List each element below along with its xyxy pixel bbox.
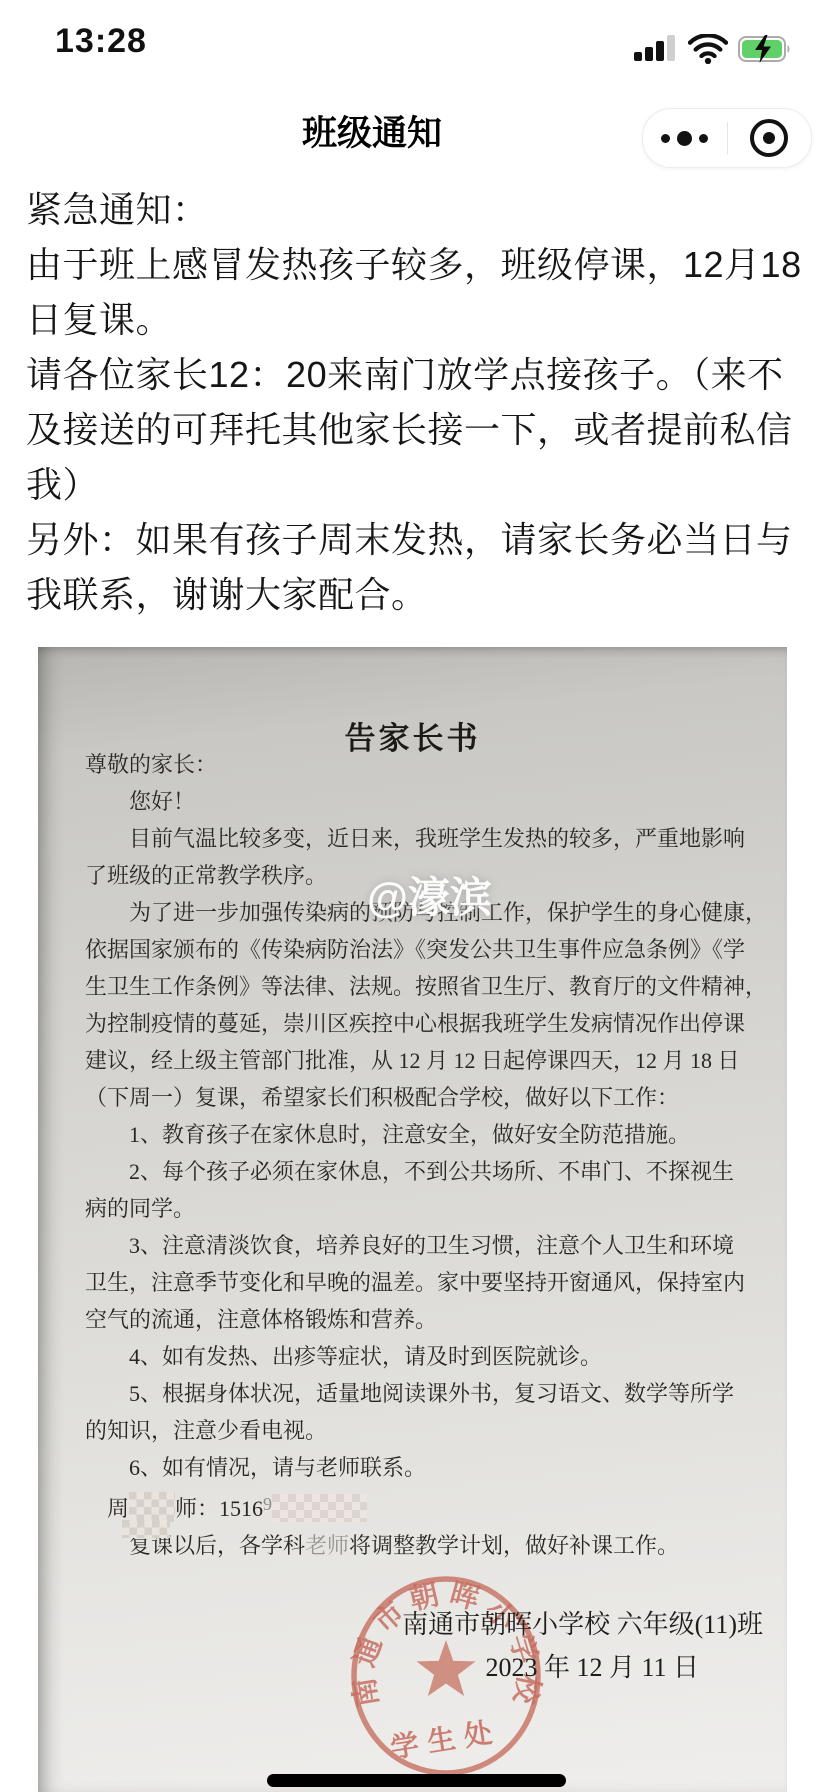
letter-line: 依据国家颁布的《传染病防治法》《突发公共卫生事件应急条例》《学 [85,931,767,968]
cellular-signal-icon [634,34,678,64]
notice-paragraph: 紧急通知： [26,182,804,237]
letter-line: 目前气温比较多变，近日来，我班学生发热的较多，严重地影响 [85,820,767,857]
letter-line: 您好！ [85,783,767,820]
letter-line: 6、如有情况，请与老师联系。 [85,1449,767,1486]
notice-paragraph: 请各位家长12：20来南门放学点接孩子。（来不及接送的可拜托其他家长接一下，或者… [26,347,804,512]
letter-line: 尊敬的家长： [85,746,767,783]
battery-charging-icon [738,34,794,64]
ellipsis-icon [661,131,708,146]
wifi-icon [688,34,728,64]
home-indicator[interactable] [267,1774,566,1787]
censored-phone-mosaic [272,1494,367,1522]
letter-line: 1、教育孩子在家休息时，注意安全，做好安全防范措施。 [85,1116,767,1153]
censored-small-mosaic [122,1520,170,1538]
letter-date: 2023 年 12 月 11 日 [485,1647,699,1684]
notice-message: 紧急通知：由于班上感冒发热孩子较多，班级停课，12月18日复课。请各位家长12：… [26,182,804,622]
capsule-close-button[interactable] [728,109,812,167]
partial-digit: 9 [263,1494,272,1514]
letter-line: 2、每个孩子必须在家休息，不到公共场所、不串门、不探视生 [85,1153,767,1190]
stamp-center-text: 学生处 [389,1716,504,1765]
watermark: @濠滨 [367,865,492,925]
censored-name-mosaic [129,1492,175,1522]
letter-photo[interactable]: 告家长书 尊敬的家长： 您好！ 目前气温比较多变，近日来，我班学生发热的较多，严… [38,647,787,1792]
status-bar: 13:28 [0,0,828,70]
letter-line: 3、注意清淡饮食，培养良好的卫生习惯，注意个人卫生和环境 [85,1227,767,1264]
status-time: 13:28 [55,22,147,61]
letter-line: 4、如有发热、出疹等症状，请及时到医院就诊。 [85,1338,767,1375]
page-title: 班级通知 [172,106,572,156]
stamp-star-icon [417,1640,476,1696]
letter-line: 病的同学。 [85,1190,767,1227]
letter-line: 空气的流通，注意体格锻炼和营养。 [85,1301,767,1338]
letter-closing-line: 复课以后，各学科老师将调整教学计划，做好补课工作。 [85,1527,767,1564]
letter-line: 为控制疫情的蔓延，崇川区疾控中心根据我班学生发病情况作出停课 [85,1005,767,1042]
letter-line: 建议，经上级主管部门批准，从 12 月 12 日起停课四天，12 月 18 日 [85,1042,767,1079]
status-icons [634,34,794,64]
more-menu-button[interactable] [643,109,727,167]
letter-signature: 南通市朝晖小学校 六年级(11)班 [402,1604,763,1641]
letter-line: 的知识，注意少看电视。 [85,1412,767,1449]
letter-line: 卫生，注意季节变化和早晚的温差。家中要坚持开窗通风，保持室内 [85,1264,767,1301]
notice-paragraph: 另外：如果有孩子周末发热，请家长务必当日与我联系，谢谢大家配合。 [26,512,804,622]
screen: 13:28 班级通知 [0,0,828,1792]
record-circle-icon [750,119,788,157]
letter-line: （下周一）复课，希望家长们积极配合学校，做好以下工作： [85,1079,767,1116]
letter-teacher-line: 周师：15169 [85,1486,767,1527]
letter-line: 5、根据身体状况，适量地阅读课外书，复习语文、数学等所学 [85,1375,767,1412]
letter-line: 生卫生工作条例》等法律、法规。按照省卫生厅、教育厅的文件精神， [85,968,767,1005]
notice-paragraph: 由于班上感冒发热孩子较多，班级停课，12月18日复课。 [26,237,804,347]
miniprogram-capsule [642,108,812,168]
nav-bar: 班级通知 [0,92,828,170]
